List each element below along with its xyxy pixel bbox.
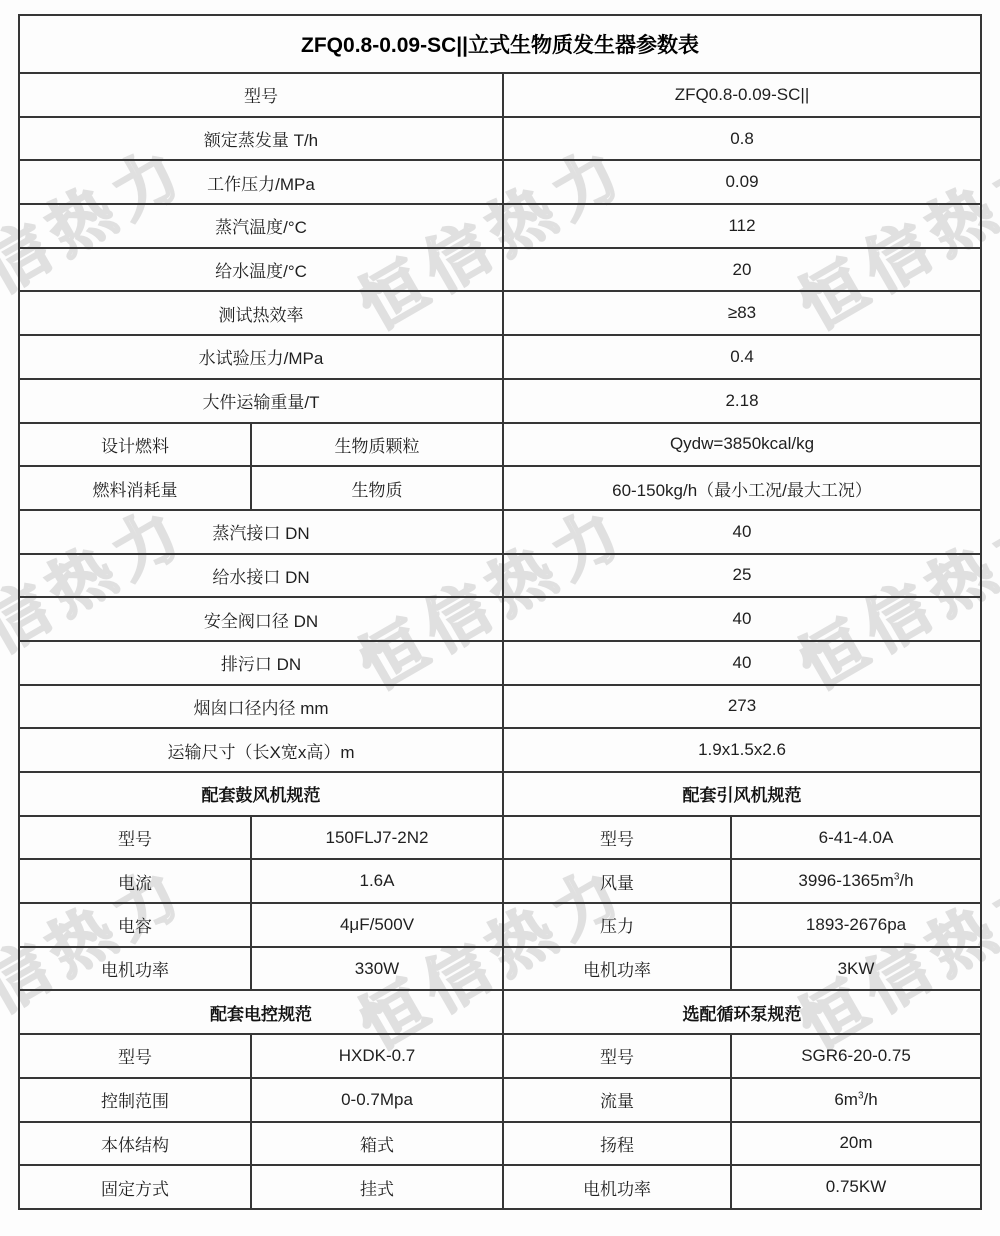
row-value: 0.8 [503, 117, 981, 161]
spec-sheet-page: 恒信热力 恒信热力 恒信热力 恒信热力 恒信热力 恒信热力 恒信热力 恒信热力 … [0, 0, 1000, 1236]
fuel-category: 设计燃料 [19, 423, 251, 467]
param-value: 1.6A [251, 859, 503, 903]
param-label: 电机功率 [503, 947, 731, 991]
param-label: 控制范围 [19, 1078, 251, 1122]
row-label: 蒸汽温度/°C [19, 204, 503, 248]
row-label: 大件运输重量/T [19, 379, 503, 423]
param-label: 电机功率 [19, 947, 251, 991]
table-row: 本体结构 箱式 扬程 20m [19, 1122, 981, 1166]
row-value: 40 [503, 641, 981, 685]
section-header-row: 配套鼓风机规范 配套引风机规范 [19, 772, 981, 816]
row-value: 0.09 [503, 160, 981, 204]
param-label: 风量 [503, 859, 731, 903]
table-row: 测试热效率 ≥83 [19, 291, 981, 335]
table-row: 固定方式 挂式 电机功率 0.75KW [19, 1165, 981, 1209]
row-value: 40 [503, 597, 981, 641]
table-row: 运输尺寸（长X宽x高）m 1.9x1.5x2.6 [19, 728, 981, 772]
param-label: 电容 [19, 903, 251, 947]
row-label: 水试验压力/MPa [19, 335, 503, 379]
table-row: 给水温度/°C 20 [19, 248, 981, 292]
row-value: ≥83 [503, 291, 981, 335]
param-value: 330W [251, 947, 503, 991]
table-row: 安全阀口径 DN 40 [19, 597, 981, 641]
fuel-value: 60-150kg/h（最小工况/最大工况） [503, 466, 981, 510]
table-row: 控制范围 0-0.7Mpa 流量 6m3/h [19, 1078, 981, 1122]
table-row: 电容 4μF/500V 压力 1893-2676pa [19, 903, 981, 947]
param-label: 型号 [503, 1034, 731, 1078]
row-value: 40 [503, 510, 981, 554]
row-label: 烟囱口径内径 mm [19, 685, 503, 729]
table-title-row: ZFQ0.8-0.09-SC||立式生物质发生器参数表 [19, 15, 981, 73]
row-label: 运输尺寸（长X宽x高）m [19, 728, 503, 772]
table-row: 型号 HXDK-0.7 型号 SGR6-20-0.75 [19, 1034, 981, 1078]
table-row: 型号 ZFQ0.8-0.09-SC|| [19, 73, 981, 117]
row-value: ZFQ0.8-0.09-SC|| [503, 73, 981, 117]
param-value: 0.75KW [731, 1165, 981, 1209]
row-label: 测试热效率 [19, 291, 503, 335]
param-value: 4μF/500V [251, 903, 503, 947]
param-label: 电流 [19, 859, 251, 903]
table-row: 工作压力/MPa 0.09 [19, 160, 981, 204]
table-row: 蒸汽接口 DN 40 [19, 510, 981, 554]
table-row: 水试验压力/MPa 0.4 [19, 335, 981, 379]
param-value: 6m3/h [731, 1078, 981, 1122]
section-header-control: 配套电控规范 [19, 990, 503, 1034]
table-row: 排污口 DN 40 [19, 641, 981, 685]
table-row: 蒸汽温度/°C 112 [19, 204, 981, 248]
param-value: 箱式 [251, 1122, 503, 1166]
page-title: ZFQ0.8-0.09-SC||立式生物质发生器参数表 [19, 15, 981, 73]
row-value: 25 [503, 554, 981, 598]
row-label: 排污口 DN [19, 641, 503, 685]
parameter-table: ZFQ0.8-0.09-SC||立式生物质发生器参数表 型号 ZFQ0.8-0.… [18, 14, 982, 1210]
table-row: 电流 1.6A 风量 3996-1365m3/h [19, 859, 981, 903]
param-label: 流量 [503, 1078, 731, 1122]
row-label: 蒸汽接口 DN [19, 510, 503, 554]
table-row: 电机功率 330W 电机功率 3KW [19, 947, 981, 991]
fuel-type: 生物质 [251, 466, 503, 510]
row-value: 20 [503, 248, 981, 292]
param-value: 3KW [731, 947, 981, 991]
param-label: 扬程 [503, 1122, 731, 1166]
param-value: SGR6-20-0.75 [731, 1034, 981, 1078]
param-label: 固定方式 [19, 1165, 251, 1209]
table-row: 型号 150FLJ7-2N2 型号 6-41-4.0A [19, 816, 981, 860]
param-value: 1893-2676pa [731, 903, 981, 947]
param-value: 挂式 [251, 1165, 503, 1209]
param-value: 0-0.7Mpa [251, 1078, 503, 1122]
param-value: 6-41-4.0A [731, 816, 981, 860]
fuel-category: 燃料消耗量 [19, 466, 251, 510]
table-row: 给水接口 DN 25 [19, 554, 981, 598]
row-label: 额定蒸发量 T/h [19, 117, 503, 161]
table-row: 烟囱口径内径 mm 273 [19, 685, 981, 729]
section-header-blower: 配套鼓风机规范 [19, 772, 503, 816]
row-label: 型号 [19, 73, 503, 117]
fuel-value: Qydw=3850kcal/kg [503, 423, 981, 467]
param-value: 20m [731, 1122, 981, 1166]
row-label: 给水接口 DN [19, 554, 503, 598]
row-value: 0.4 [503, 335, 981, 379]
table-row: 设计燃料 生物质颗粒 Qydw=3850kcal/kg [19, 423, 981, 467]
table-row: 大件运输重量/T 2.18 [19, 379, 981, 423]
row-value: 1.9x1.5x2.6 [503, 728, 981, 772]
row-label: 给水温度/°C [19, 248, 503, 292]
row-label: 工作压力/MPa [19, 160, 503, 204]
param-value: 150FLJ7-2N2 [251, 816, 503, 860]
row-value: 112 [503, 204, 981, 248]
row-value: 273 [503, 685, 981, 729]
param-label: 电机功率 [503, 1165, 731, 1209]
table-row: 燃料消耗量 生物质 60-150kg/h（最小工况/最大工况） [19, 466, 981, 510]
param-label: 型号 [19, 1034, 251, 1078]
fuel-type: 生物质颗粒 [251, 423, 503, 467]
param-value: HXDK-0.7 [251, 1034, 503, 1078]
param-label: 型号 [503, 816, 731, 860]
section-header-pump: 选配循环泵规范 [503, 990, 981, 1034]
row-value: 2.18 [503, 379, 981, 423]
section-header-row: 配套电控规范 选配循环泵规范 [19, 990, 981, 1034]
table-row: 额定蒸发量 T/h 0.8 [19, 117, 981, 161]
param-label: 压力 [503, 903, 731, 947]
param-value: 3996-1365m3/h [731, 859, 981, 903]
param-label: 型号 [19, 816, 251, 860]
row-label: 安全阀口径 DN [19, 597, 503, 641]
param-label: 本体结构 [19, 1122, 251, 1166]
section-header-induced-fan: 配套引风机规范 [503, 772, 981, 816]
